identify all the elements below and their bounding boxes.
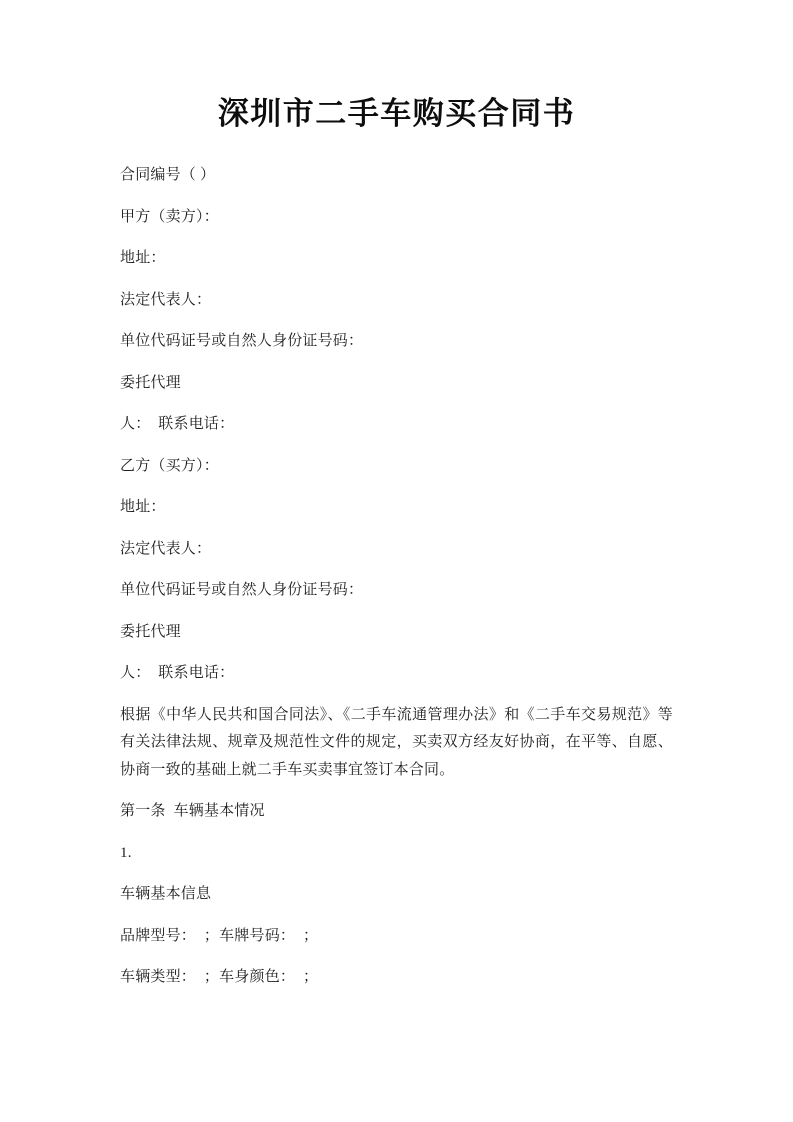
- party-a-agent-label: 委托代理: [120, 370, 673, 398]
- party-b-legal-rep: 法定代表人：: [120, 536, 673, 564]
- brand-plate-line: 品牌型号： ；车牌号码： ；: [120, 923, 673, 951]
- article-1-heading: 第一条 车辆基本情况: [120, 798, 673, 826]
- party-b-label: 乙方（买方）：: [120, 453, 673, 481]
- party-a-legal-rep: 法定代表人：: [120, 287, 673, 315]
- type-color-line: 车辆类型： ；车身颜色： ；: [120, 964, 673, 992]
- party-a-label: 甲方（卖方）：: [120, 204, 673, 232]
- preamble-paragraph: 根据《中华人民共和国合同法》、《二手车流通管理办法》和《二手车交易规范》等有关法…: [120, 702, 673, 785]
- party-a-agent-phone: 人： 联系电话：: [120, 411, 673, 439]
- party-b-agent-label: 委托代理: [120, 619, 673, 647]
- contract-document-page: 深圳市二手车购买合同书 合同编号（ ） 甲方（卖方）： 地址： 法定代表人： 单…: [0, 0, 793, 1122]
- vehicle-info-heading: 车辆基本信息: [120, 881, 673, 909]
- document-title: 深圳市二手车购买合同书: [120, 96, 673, 132]
- party-b-id-number: 单位代码证号或自然人身份证号码：: [120, 577, 673, 605]
- party-b-address: 地址：: [120, 494, 673, 522]
- document-body: 合同编号（ ） 甲方（卖方）： 地址： 法定代表人： 单位代码证号或自然人身份证…: [120, 162, 673, 992]
- party-a-address: 地址：: [120, 245, 673, 273]
- party-b-agent-phone: 人： 联系电话：: [120, 660, 673, 688]
- contract-number-line: 合同编号（ ）: [120, 162, 673, 190]
- list-item-number: 1.: [120, 840, 673, 868]
- party-a-id-number: 单位代码证号或自然人身份证号码：: [120, 328, 673, 356]
